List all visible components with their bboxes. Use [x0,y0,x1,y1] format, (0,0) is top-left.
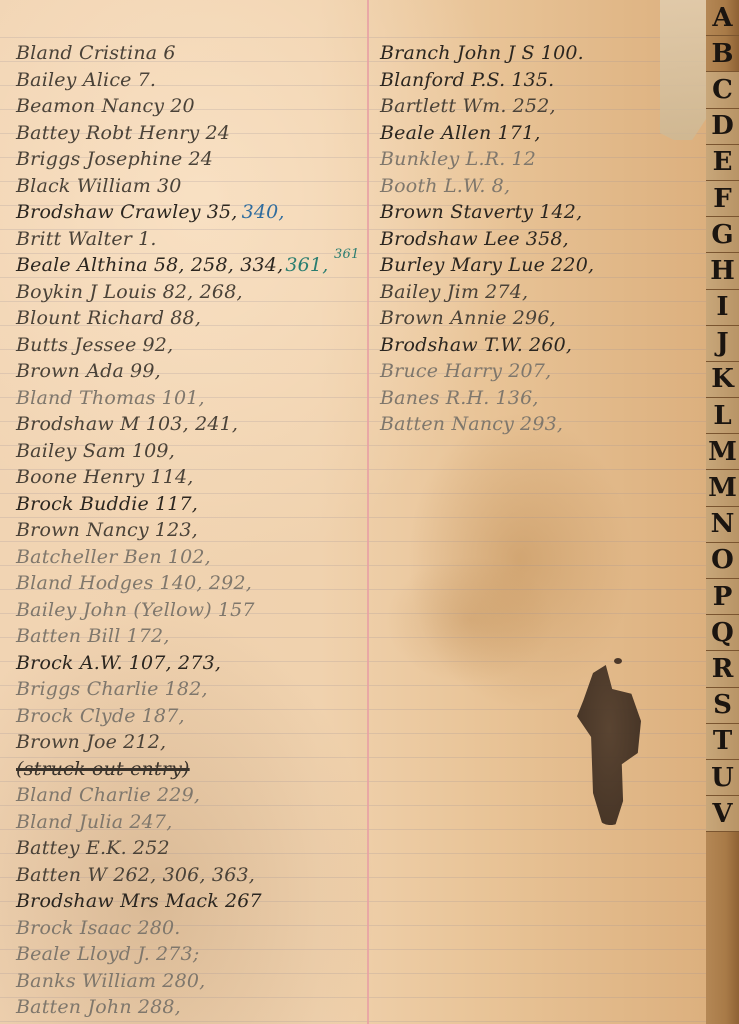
entry-pages: 296, [513,307,556,329]
alphabet-index-tabs: ABCDEFGHIJKLMMNOPQRSTUV [706,0,739,1024]
entry-name: Brown Staverty [380,201,533,223]
entry-pages: 142, [539,201,582,223]
entry-name: Blount Richard [16,307,164,329]
entry-name: Black William [16,175,151,197]
entry-name: Boone Henry [16,466,144,488]
ledger-entry: Brown Nancy123, [16,517,366,544]
index-tab-q[interactable]: Q [706,615,739,651]
ledger-entry: Bartlett Wm.252, [380,93,670,120]
entry-name: Banks William [16,970,156,992]
entry-pages: 187, [142,705,185,727]
ledger-entry: Bailey John (Yellow)157 [16,597,366,624]
entry-name: Boykin J Louis [16,281,157,303]
entry-pages: 109, [132,440,175,462]
entry-name: Brodshaw Mrs Mack [16,890,219,912]
left-name-column: Bland Cristina6Bailey Alice7.Beamon Nanc… [16,40,366,1021]
index-tab-e[interactable]: E [706,145,739,181]
ledger-entry: Bland Cristina6 [16,40,366,67]
entry-name: Briggs Josephine [16,148,182,170]
ledger-entry: Banes R.H.136, [380,385,670,412]
ledger-entry: Beale Allen171, [380,120,670,147]
index-tab-h[interactable]: H [706,253,739,289]
ledger-entry: Brown Ada99, [16,358,366,385]
ledger-entry: Bland Thomas101, [16,385,366,412]
entry-pages: 280. [137,917,180,939]
ledger-entry: Brodshaw Crawley35,340, [16,199,366,226]
entry-name: Branch John J S [380,42,535,64]
entry-name: Beale Lloyd J. [16,943,150,965]
entry-pages: 102, [168,546,211,568]
index-tab-a[interactable]: A [706,0,739,36]
entry-name: Bland Charlie [16,784,151,806]
ledger-entry: Bland Julia247, [16,809,366,836]
index-tab-r[interactable]: R [706,651,739,687]
entry-name: Blanford P.S. [380,69,505,91]
index-tab-t[interactable]: T [706,724,739,760]
entry-pages: 92, [143,334,174,356]
entry-extra-pages: 340, [242,201,285,223]
entry-pages: 252, [513,95,556,117]
entry-name: Bailey Sam [16,440,126,462]
ledger-entry: Butts Jessee92, [16,332,366,359]
entry-pages: 171, [497,122,540,144]
entry-name: Brown Nancy [16,519,149,541]
entry-pages: 273; [156,943,199,965]
entry-name: Booth L.W. [380,175,486,197]
entry-name: Bailey Jim [380,281,479,303]
ledger-entry: Batcheller Ben102, [16,544,366,571]
ledger-entry: Beamon Nancy20 [16,93,366,120]
entry-name: Burley Mary Lue [380,254,545,276]
ledger-entry: Brodshaw M103, 241, [16,411,366,438]
entry-name: Batcheller Ben [16,546,162,568]
index-tab-k[interactable]: K [706,362,739,398]
ledger-entry: Brown Joe212, [16,729,366,756]
entry-name: Beale Althina [16,254,148,276]
entry-name: Brown Joe [16,731,117,753]
ledger-entry: Brock A.W.107, 273, [16,650,366,677]
ledger-entry: Bailey Alice7. [16,67,366,94]
entry-pages: 117, [155,493,198,515]
entry-pages: 207, [508,360,551,382]
ledger-entry: Bland Charlie229, [16,782,366,809]
margin-line [367,0,369,1024]
entry-pages: 20 [170,95,195,117]
ledger-entry: Brock Isaac280. [16,915,366,942]
entry-name: Banes R.H. [380,387,490,409]
ledger-entry: Bailey Sam109, [16,438,366,465]
ledger-entry: Brodshaw Lee358, [380,226,670,253]
index-tab-m[interactable]: M [706,470,739,506]
entry-name: Battey Robt Henry [16,122,199,144]
entry-pages: 12 [511,148,536,170]
ledger-entry: Burley Mary Lue220, [380,252,670,279]
entry-pages: 135. [511,69,554,91]
ledger-entry: Brodshaw T.W.260, [380,332,670,359]
entry-pages: 247, [129,811,172,833]
entry-pages: 136, [496,387,539,409]
entry-pages: 262, 306, 363, [113,864,255,886]
ledger-entry: Britt Walter1. [16,226,366,253]
ledger-entry: Briggs Charlie182, [16,676,366,703]
index-tab-i[interactable]: I [706,290,739,326]
ledger-entry: Banks William280, [16,968,366,995]
ledger-entry: Booth L.W.8, [380,173,670,200]
right-name-column: Branch John J S100.Blanford P.S.135.Bart… [380,40,670,438]
entry-pages: 107, 273, [129,652,221,674]
entry-pages: 252 [133,837,170,859]
entry-name: Batten Nancy [380,413,514,435]
ledger-entry: Brown Staverty142, [380,199,670,226]
entry-pages: 114, [150,466,193,488]
ledger-entry: Batten Nancy293, [380,411,670,438]
index-tab-m[interactable]: M [706,434,739,470]
ink-speck [614,658,622,664]
entry-pages: 212, [123,731,166,753]
entry-pages: 8, [492,175,511,197]
entry-pages: 100. [541,42,584,64]
ledger-entry: Beale Lloyd J.273; [16,941,366,968]
index-tab-o[interactable]: O [706,543,739,579]
ledger-entry: Blount Richard88, [16,305,366,332]
entry-pages: 101, [162,387,205,409]
entry-pages: 274, [485,281,528,303]
ledger-page: Bland Cristina6Bailey Alice7.Beamon Nanc… [0,0,706,1024]
ledger-entry: Boone Henry114, [16,464,366,491]
entry-name: Britt Walter [16,228,132,250]
index-tab-g[interactable]: G [706,217,739,253]
entry-name: Brodshaw Crawley [16,201,201,223]
ledger-entry: Beale Althina58, 258, 334,361,361 [16,252,366,279]
index-tab-j[interactable]: J [706,326,739,362]
ledger-entry: Brock Clyde187, [16,703,366,730]
entry-name: Batten W [16,864,107,886]
entry-pages: 293, [520,413,563,435]
entry-name: Brock Clyde [16,705,136,727]
ledger-entry: Bailey Jim274, [380,279,670,306]
entry-name: Brown Annie [380,307,507,329]
ledger-entry: Boykin J Louis82, 268, [16,279,366,306]
index-tab-s[interactable]: S [706,688,739,724]
entry-name: Brock Buddie [16,493,149,515]
ledger-entry: Batten Bill172, [16,623,366,650]
entry-name: Butts Jessee [16,334,137,356]
entry-pages: 157 [218,599,255,621]
entry-pages: 99, [130,360,161,382]
ledger-entry: Batten John288, [16,994,366,1021]
index-tab-u[interactable]: U [706,760,739,796]
entry-name: Brodshaw T.W. [380,334,523,356]
entry-pages: 24 [205,122,230,144]
entry-pages: 103, 241, [146,413,238,435]
ledger-entry: Blanford P.S.135. [380,67,670,94]
entry-name: Brock Isaac [16,917,131,939]
entry-name: Batten John [16,996,132,1018]
entry-name: Batten Bill [16,625,120,647]
index-tab-n[interactable]: N [706,507,739,543]
entry-pages: 182, [165,678,208,700]
index-tab-f[interactable]: F [706,181,739,217]
ledger-entry: Brock Buddie117, [16,491,366,518]
ledger-entry: Brodshaw Mrs Mack267 [16,888,366,915]
ledger-entry: Branch John J S100. [380,40,670,67]
entry-name: Battey E.K. [16,837,127,859]
index-tab-b[interactable]: B [706,36,739,72]
entry-pages: 140, 292, [160,572,252,594]
entry-name: Bland Julia [16,811,123,833]
index-tab-d[interactable]: D [706,109,739,145]
ledger-entry: Bland Hodges140, 292, [16,570,366,597]
index-tab-c[interactable]: C [706,72,739,108]
entry-pages: 1. [138,228,157,250]
entry-pages: 58, 258, 334, [154,254,284,276]
entry-name: Bailey John (Yellow) [16,599,212,621]
entry-pages: 35, [207,201,238,223]
entry-pages: 260, [529,334,572,356]
entry-pages: 288, [138,996,181,1018]
entry-name: Bland Thomas [16,387,156,409]
entry-name: Bruce Harry [380,360,502,382]
ledger-entry: Batten W262, 306, 363, [16,862,366,889]
ledger-entry: Black William30 [16,173,366,200]
entry-pages: 30 [157,175,182,197]
entry-name: Bunkley L.R. [380,148,505,170]
ledger-entry: Briggs Josephine24 [16,146,366,173]
entry-pages: 172, [126,625,169,647]
entry-pages: 82, 268, [163,281,243,303]
entry-name: Bailey Alice [16,69,132,91]
entry-pages: 88, [170,307,201,329]
entry-name: Beale Allen [380,122,491,144]
entry-pages: 358, [526,228,569,250]
entry-pages: 220, [551,254,594,276]
entry-name: Brown Ada [16,360,124,382]
entry-name: Brock A.W. [16,652,123,674]
entry-superscript: 361 [334,242,359,269]
entry-pages: 280, [162,970,205,992]
entry-pages: 24 [188,148,213,170]
ledger-entry: (struck-out entry) [16,756,366,783]
entry-name: (struck-out entry) [16,758,190,780]
entry-extra-pages: 361, [285,254,328,276]
entry-pages: 229, [157,784,200,806]
ledger-entry: Battey E.K.252 [16,835,366,862]
ledger-entry: Bunkley L.R.12 [380,146,670,173]
index-tab-l[interactable]: L [706,398,739,434]
ledger-entry: Brown Annie296, [380,305,670,332]
index-tab-v[interactable]: V [706,796,739,832]
entry-name: Bland Hodges [16,572,154,594]
ledger-entry: Bruce Harry207, [380,358,670,385]
entry-name: Briggs Charlie [16,678,159,700]
entry-name: Brodshaw Lee [380,228,520,250]
entry-name: Bland Cristina [16,42,157,64]
entry-name: Bartlett Wm. [380,95,507,117]
entry-name: Brodshaw M [16,413,140,435]
ledger-entry: Battey Robt Henry24 [16,120,366,147]
entry-pages: 6 [163,42,175,64]
entry-pages: 123, [155,519,198,541]
index-tab-p[interactable]: P [706,579,739,615]
entry-pages: 7. [138,69,157,91]
entry-name: Beamon Nancy [16,95,164,117]
entry-pages: 267 [225,890,262,912]
